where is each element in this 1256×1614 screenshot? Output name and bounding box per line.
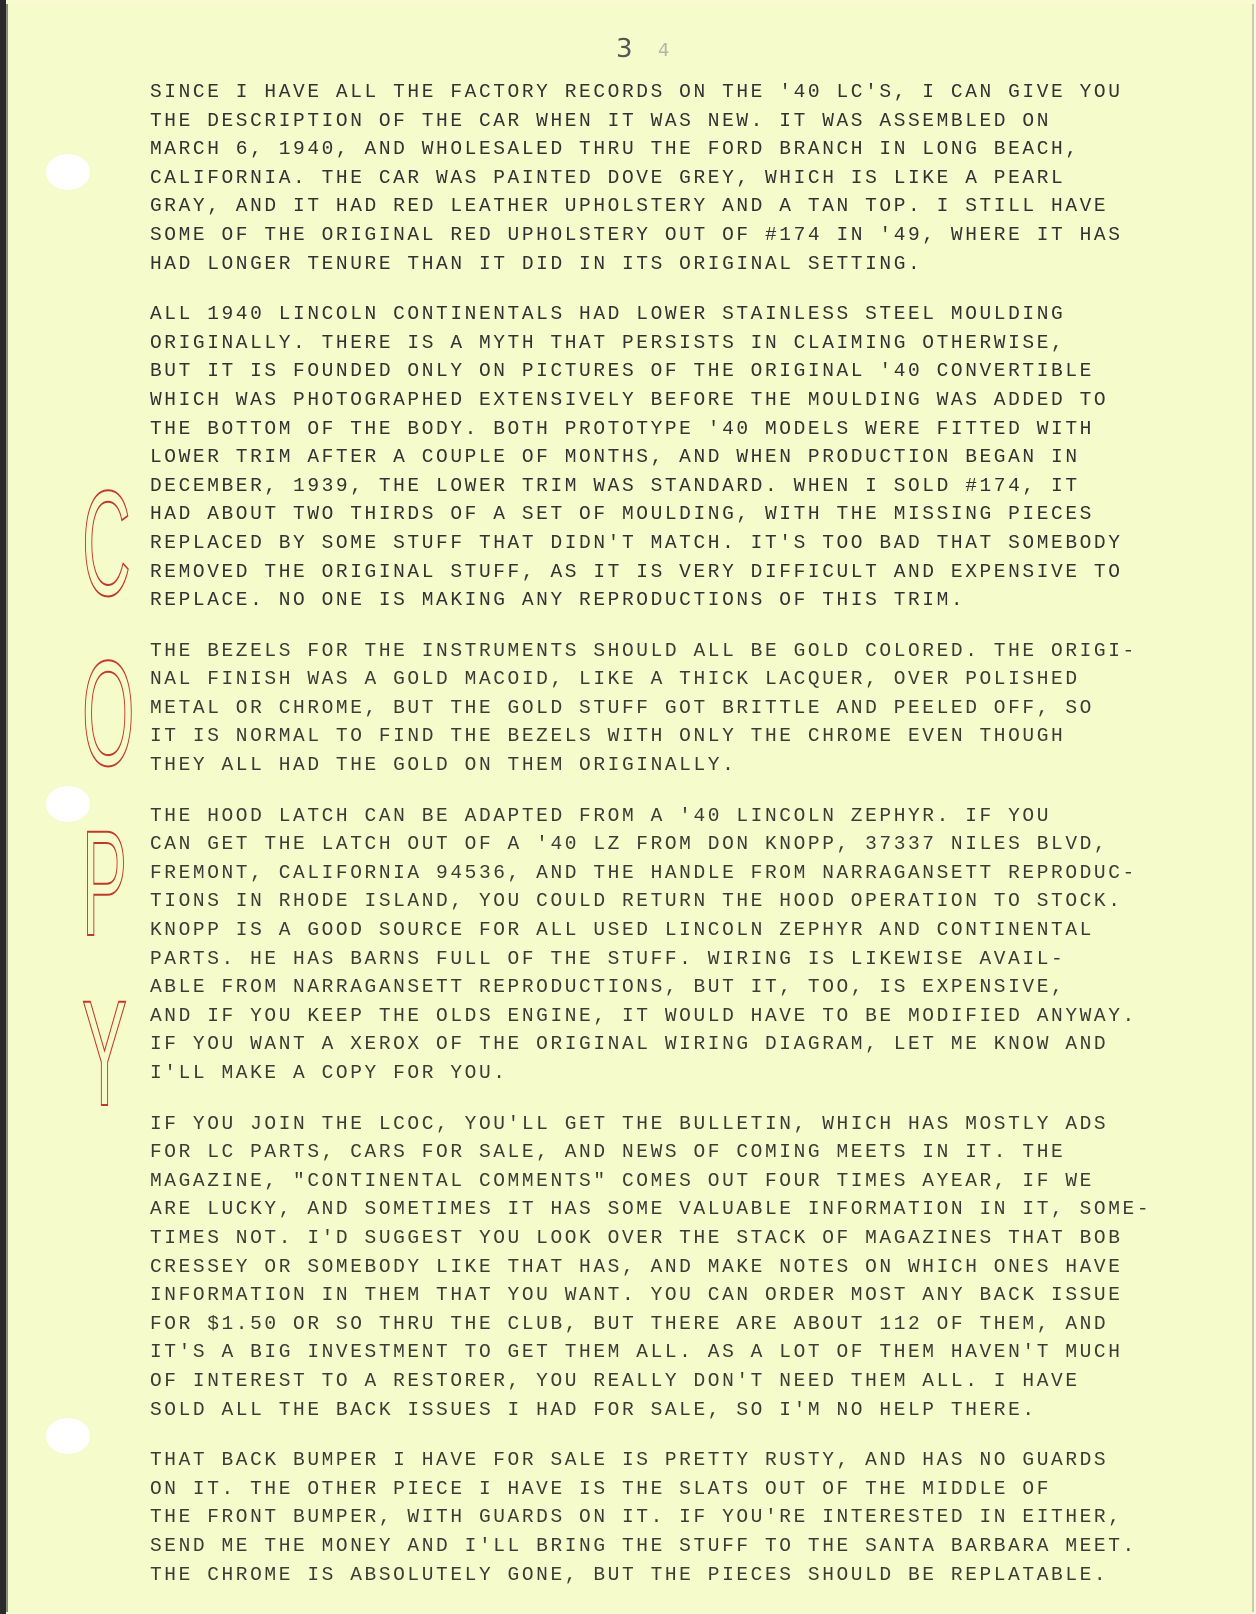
text-line: it's a big investment to get them all. A… (150, 1338, 1180, 1367)
text-line: replaced by some stuff that didn't match… (150, 529, 1180, 558)
text-line: metal or chrome, but the gold stuff got … (150, 694, 1180, 723)
text-line: had about two thirds of a set of mouldin… (150, 500, 1180, 529)
text-line: removed the original stuff, as it is ver… (150, 558, 1180, 587)
text-line: Cressey or somebody like that has, and m… (150, 1253, 1180, 1282)
paragraph: That back bumper I have for sale is pret… (150, 1446, 1180, 1589)
text-line: March 6, 1940, and wholesaled thru the F… (150, 135, 1180, 164)
text-line: the front bumper, with guards on it. If … (150, 1503, 1180, 1532)
stamp-letter: O (82, 638, 109, 788)
punch-hole (46, 1418, 90, 1454)
paragraph: The hood latch can be adapted from a '40… (150, 802, 1180, 1088)
text-line: The hood latch can be adapted from a '40… (150, 802, 1180, 831)
text-line: gray, and it had red leather upholstery … (150, 192, 1180, 221)
text-line: able from Narragansett Reproductions, bu… (150, 973, 1180, 1002)
text-line: I'll make a copy for you. (150, 1059, 1180, 1088)
text-line: replace. No one is making any reproducti… (150, 586, 1180, 615)
text-line: Fremont, California 94536, and the handl… (150, 859, 1180, 888)
text-line: The bezels for the instruments should al… (150, 637, 1180, 666)
text-line: tions in Rhode Island, you could return … (150, 887, 1180, 916)
text-line: the bottom of the body. Both prototype '… (150, 415, 1180, 444)
text-line: The chrome is absolutely gone, but the p… (150, 1561, 1180, 1590)
text-line: originally. There is a myth that persist… (150, 329, 1180, 358)
text-line: the description of the car when it was n… (150, 107, 1180, 136)
text-line: If you join the LCOC, you'll get the Bul… (150, 1110, 1180, 1139)
text-line: sold all the back issues I had for sale,… (150, 1396, 1180, 1425)
text-line: parts. He has barns full of the stuff. W… (150, 945, 1180, 974)
stamp-letter: P (82, 808, 109, 958)
paragraph: If you join the LCOC, you'll get the Bul… (150, 1110, 1180, 1425)
text-line: which was photographed extensively befor… (150, 386, 1180, 415)
text-line: nal finish was a gold macoid, like a thi… (150, 665, 1180, 694)
copy-stamp: C O P Y (82, 468, 132, 1148)
text-line: of interest to a restorer, you really do… (150, 1367, 1180, 1396)
text-line: magazine, "Continental Comments" comes o… (150, 1167, 1180, 1196)
text-line: but it is founded only on pictures of th… (150, 357, 1180, 386)
text-line: If you want a Xerox of the original wiri… (150, 1030, 1180, 1059)
text-line: on it. The other piece I have is the sla… (150, 1475, 1180, 1504)
page-number-ghost: 4 (658, 40, 669, 61)
stamp-letter: Y (82, 978, 109, 1128)
letter-body: Since I have all the factory records on … (150, 78, 1180, 1611)
text-line: for $1.50 or so thru the club, but there… (150, 1310, 1180, 1339)
text-line: times not. I'd suggest you look over the… (150, 1224, 1180, 1253)
text-line: and if you keep the Olds engine, it woul… (150, 1002, 1180, 1031)
text-line: can get the latch out of a '40 LZ from D… (150, 830, 1180, 859)
paragraph: The bezels for the instruments should al… (150, 637, 1180, 780)
text-line: send me the money and I'll bring the stu… (150, 1532, 1180, 1561)
text-line: California. The car was painted Dove Gre… (150, 164, 1180, 193)
text-line: they all had the gold on them originally… (150, 751, 1180, 780)
text-line: That back bumper I have for sale is pret… (150, 1446, 1180, 1475)
punch-hole (46, 154, 90, 190)
text-line: had longer tenure than it did in its ori… (150, 250, 1180, 279)
text-line: lower trim after a couple of months, and… (150, 443, 1180, 472)
text-line: it is normal to find the bezels with onl… (150, 722, 1180, 751)
text-line: are lucky, and sometimes it has some val… (150, 1195, 1180, 1224)
text-line: Since I have all the factory records on … (150, 78, 1180, 107)
text-line: December, 1939, the lower trim was stand… (150, 472, 1180, 501)
text-line: All 1940 Lincoln Continentals had lower … (150, 300, 1180, 329)
text-line: information in them that you want. You c… (150, 1281, 1180, 1310)
page-number: 3 (616, 34, 633, 64)
text-line: some of the original red upholstery out … (150, 221, 1180, 250)
text-line: for LC parts, cars for sale, and news of… (150, 1138, 1180, 1167)
paragraph: All 1940 Lincoln Continentals had lower … (150, 300, 1180, 615)
stamp-letter: C (82, 468, 109, 618)
paragraph: Since I have all the factory records on … (150, 78, 1180, 278)
text-line: Knopp is a good source for all used Linc… (150, 916, 1180, 945)
